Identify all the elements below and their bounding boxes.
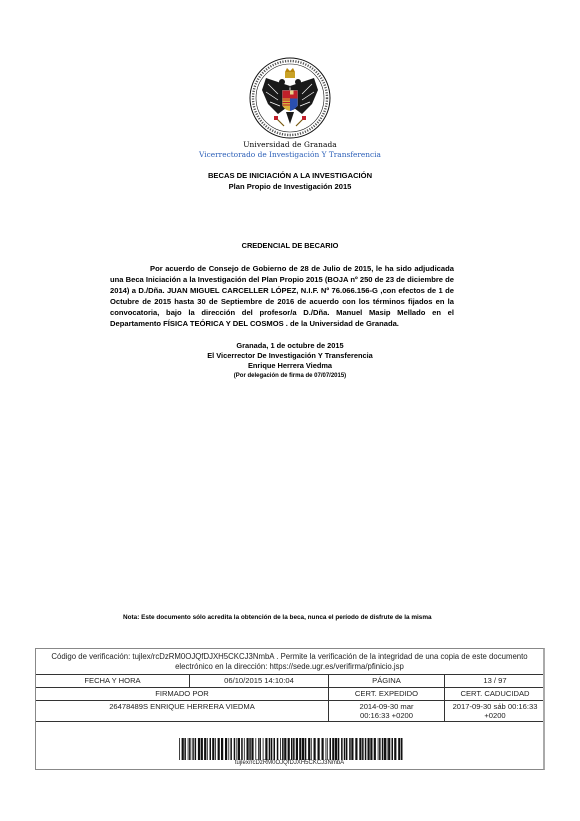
university-name: Universidad de Granada bbox=[0, 140, 580, 149]
signature-block: Granada, 1 de octubre de 2015 El Vicerre… bbox=[0, 341, 580, 381]
barcode-row: tujlex/rcDzRM0OJQfDJXH5CKCJ3NmbA bbox=[36, 722, 543, 770]
fecha-value: 06/10/2015 14:10:04 bbox=[189, 675, 328, 687]
signer-header-row: FIRMADO POR CERT. EXPEDIDO CERT. CADUCID… bbox=[36, 688, 543, 701]
barcode-icon bbox=[179, 738, 403, 760]
signer-position: El Vicerrector De Investigación Y Transf… bbox=[0, 351, 580, 361]
document-title: BECAS DE INICIACIÓN A LA INVESTIGACIÓN bbox=[0, 171, 580, 180]
signer-values-row: 26478489S ENRIQUE HERRERA VIEDMA 2014-09… bbox=[36, 701, 543, 722]
barcode-text: tujlex/rcDzRM0OJQfDJXH5CKCJ3NmbA bbox=[36, 760, 543, 766]
verification-code-row: Código de verificación: tujlex/rcDzRM0OJ… bbox=[36, 649, 543, 675]
cert-caducidad-label: CERT. CADUCIDAD bbox=[444, 688, 545, 700]
signer-id-name: 26478489S ENRIQUE HERRERA VIEDMA bbox=[36, 701, 328, 721]
credential-heading: CREDENCIAL DE BECARIO bbox=[0, 241, 580, 250]
pagina-value: 13 / 97 bbox=[444, 675, 545, 687]
verification-table: Código de verificación: tujlex/rcDzRM0OJ… bbox=[35, 648, 545, 770]
cert-caducidad-value: 2017-09-30 sáb 00:16:33 +0200 bbox=[444, 701, 545, 721]
place-date: Granada, 1 de octubre de 2015 bbox=[0, 341, 580, 351]
cert-expedido-label: CERT. EXPEDIDO bbox=[328, 688, 444, 700]
pagina-label: PÁGINA bbox=[328, 675, 444, 687]
date-page-row: FECHA Y HORA 06/10/2015 14:10:04 PÁGINA … bbox=[36, 675, 543, 688]
fecha-label: FECHA Y HORA bbox=[36, 675, 189, 687]
credential-paragraph-text: Por acuerdo de Consejo de Gobierno de 28… bbox=[110, 264, 454, 328]
document-subtitle: Plan Propio de Investigación 2015 bbox=[0, 182, 580, 191]
vicerrectorado-name: Vicerrectorado de Investigación Y Transf… bbox=[0, 150, 580, 159]
delegation-note: (Por delegación de firma de 07/07/2015) bbox=[0, 371, 580, 381]
cert-expedido-value: 2014-09-30 mar 00:16:33 +0200 bbox=[328, 701, 444, 721]
university-seal-icon bbox=[248, 56, 332, 140]
footer-note: Nota: Este documento sólo acredita la ob… bbox=[123, 613, 463, 623]
firmado-label: FIRMADO POR bbox=[36, 688, 328, 700]
verification-code-text: Código de verificación: tujlex/rcDzRM0OJ… bbox=[36, 649, 543, 674]
credential-paragraph: Por acuerdo de Consejo de Gobierno de 28… bbox=[110, 264, 454, 329]
signer-name: Enrique Herrera Viedma bbox=[0, 361, 580, 371]
